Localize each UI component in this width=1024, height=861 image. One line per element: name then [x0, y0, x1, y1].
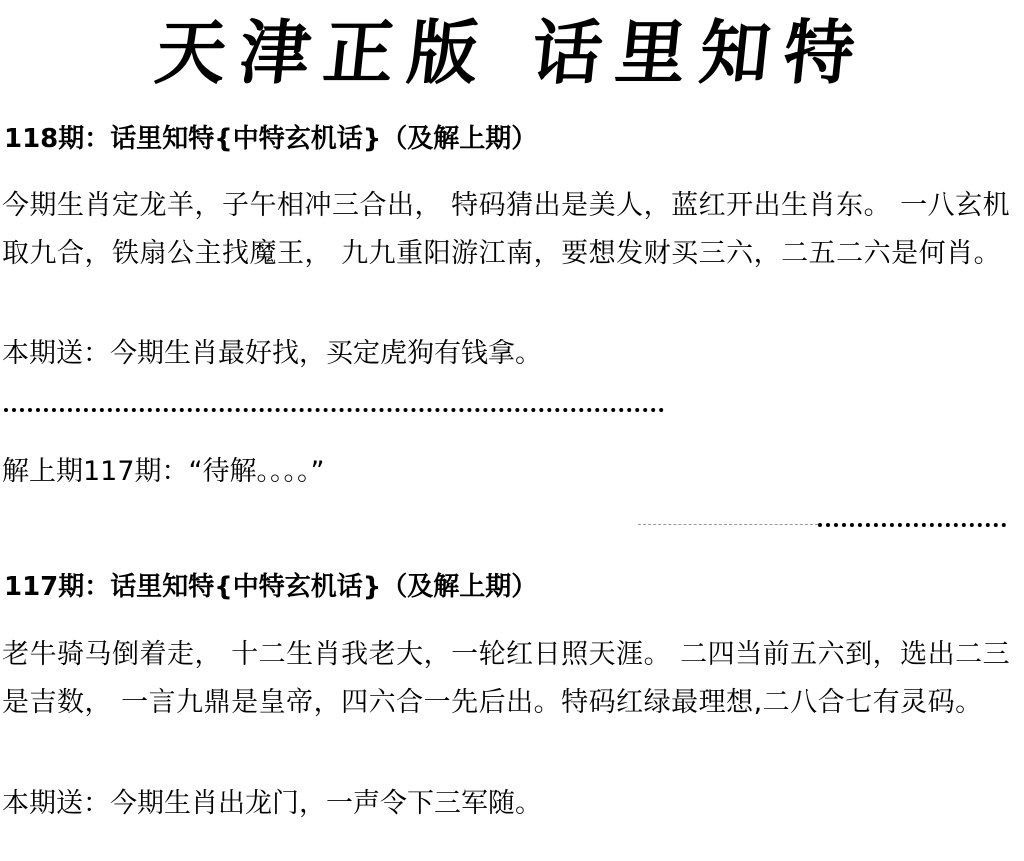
title-part-2: 话里知特 — [528, 11, 873, 94]
section-118-poem: 今期生肖定龙羊，子午相冲三合出， 特码猜出是美人，蓝红开出生肖东。 一八玄机取九… — [2, 182, 1024, 278]
section-118-gift: 本期送：今期生肖最好找，买定虎狗有钱拿。 — [2, 334, 542, 374]
section-117-gift: 本期送：今期生肖出龙门，一声令下三军随。 — [2, 784, 542, 824]
section-118-answer: 解上期117期：“待解。。。。” — [2, 452, 325, 492]
section-118-heading: 118期：话里知特{中特玄机话}（及解上期） — [4, 121, 537, 157]
section-117-heading: 117期：话里知特{中特玄机话}（及解上期） — [4, 569, 537, 605]
section-divider-heavy — [818, 523, 1006, 527]
section-divider-light — [638, 524, 818, 525]
title-part-1: 天津正版 — [152, 11, 497, 94]
dotted-separator — [4, 408, 664, 412]
section-117-poem: 老牛骑马倒着走， 十二生肖我老大，一轮红日照天涯。 二四当前五六到，选出二三是吉… — [2, 631, 1024, 727]
page-title: 天津正版话里知特 — [0, 8, 1024, 98]
